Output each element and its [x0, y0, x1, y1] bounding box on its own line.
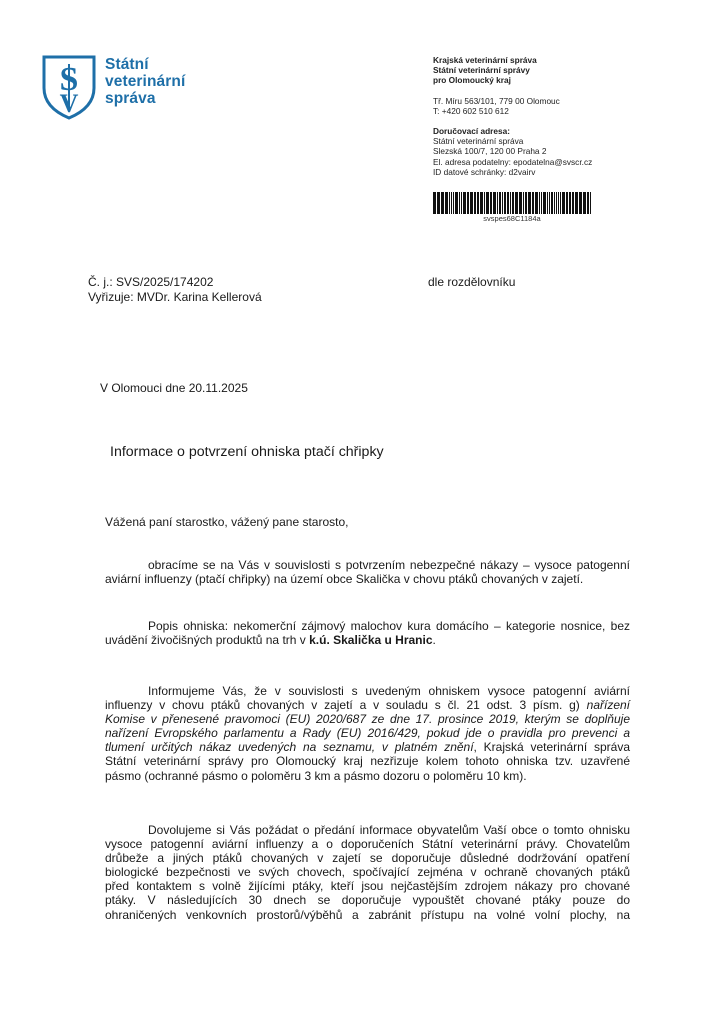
logo-wordmark: Státní veterinární správa: [105, 56, 185, 107]
text-line: drůbeže a jiných ptáků chovaných v zajet…: [105, 851, 630, 865]
text-line: Popis ohniska: nekomerční zájmový maloch…: [105, 619, 630, 633]
place-date: V Olomouci dne 20.11.2025: [100, 381, 248, 395]
text-line: biologické bezpečnosti ve svých chovech,…: [105, 865, 630, 879]
office-name-line: Státní veterinární správy: [433, 65, 633, 75]
text-line: influenzy v chovu ptáků chovaných v zaje…: [105, 698, 630, 712]
logo-line: Státní: [105, 56, 185, 73]
office-address: Tř. Míru 563/101, 779 00 Olomouc: [433, 96, 633, 106]
delivery-line: Slezská 100/7, 120 00 Praha 2: [433, 146, 633, 156]
paragraph-notification: obracíme se na Vás v souvislosti s potvr…: [105, 558, 630, 586]
text-segment: uvádění živočišných produktů na trh v: [105, 633, 309, 647]
text-segment: , Krajská veterinární správa: [474, 740, 630, 754]
regulation-reference: Komise v přenesené pravomoci (EU) 2020/6…: [105, 712, 630, 726]
text-line: Informujeme Vás, že v souvislosti s uved…: [105, 684, 630, 698]
text-line: ptáky. V následujících 30 dnech se dopor…: [105, 893, 630, 907]
salutation: Vážená paní starostko, vážený pane staro…: [105, 515, 348, 529]
delivery-line: El. adresa podatelny: epodatelna@svscr.c…: [433, 157, 633, 167]
regulation-reference: nařízení: [587, 698, 630, 712]
svs-shield-icon: S V: [41, 54, 97, 120]
text-line: Komise v přenesené pravomoci (EU) 2020/6…: [105, 712, 630, 726]
logo-line: veterinární: [105, 73, 185, 90]
paragraph-legal-basis: Informujeme Vás, že v souvislosti s uved…: [105, 684, 630, 783]
text-line: Státní veterinární správy pro Olomoucký …: [105, 754, 630, 768]
letter-subject: Informace o potvrzení ohniska ptačí chři…: [110, 444, 384, 461]
delivery-heading: Doručovací adresa:: [433, 126, 633, 136]
paragraph-recommendations: Dovolujeme si Vás požádat o předání info…: [105, 823, 630, 922]
regulation-reference: nařízení Evropského parlamentu a Rady (E…: [105, 726, 630, 740]
cadastral-area: k.ú. Skalička u Hranic: [309, 633, 432, 647]
delivery-line: Státní veterinární správa: [433, 136, 633, 146]
handled-by: Vyřizuje: MVDr. Karina Kellerová: [88, 290, 262, 304]
office-header: Krajská veterinární správa Státní veteri…: [433, 55, 633, 177]
text-segment: influenzy v chovu ptáků chovaných v zaje…: [105, 698, 587, 712]
text-segment: .: [433, 633, 436, 647]
text-line: tlumení určitých nákaz uvedených na sezn…: [105, 740, 630, 754]
office-phone: T: +420 602 510 612: [433, 106, 633, 116]
text-line: vysoce patogenní aviární influenzy a o d…: [105, 837, 630, 851]
paragraph-outbreak-description: Popis ohniska: nekomerční zájmový maloch…: [105, 619, 630, 647]
delivery-line: ID datové schránky: d2vairv: [433, 167, 633, 177]
regulation-reference: tlumení určitých nákaz uvedených na sezn…: [105, 740, 474, 754]
office-name-line: Krajská veterinární správa: [433, 55, 633, 65]
text-line: nařízení Evropského parlamentu a Rady (E…: [105, 726, 630, 740]
text-line: před kontaktem s volně žijícími ptáky, k…: [105, 879, 630, 893]
reference-number: Č. j.: SVS/2025/174202: [88, 275, 213, 289]
logo-line: správa: [105, 90, 185, 107]
text-line: aviární influenzy (ptačí chřipky) na úze…: [105, 572, 630, 586]
office-name-line: pro Olomoucký kraj: [433, 75, 633, 85]
distribution-note: dle rozdělovníku: [428, 275, 515, 289]
text-line: pásmo (ochranné pásmo o poloměru 3 km a …: [105, 769, 630, 783]
barcode-text: svspes68C1184a: [433, 214, 591, 223]
text-line: Dovolujeme si Vás požádat o předání info…: [105, 823, 630, 837]
agency-logo: S V Státní veterinární správa: [41, 52, 201, 124]
text-line: ohraničených venkovních prostorů/výběhů …: [105, 908, 630, 922]
text-line: obracíme se na Vás v souvislosti s potvr…: [105, 558, 630, 572]
text-line: uvádění živočišných produktů na trh v k.…: [105, 633, 630, 647]
barcode-icon: [433, 192, 591, 214]
